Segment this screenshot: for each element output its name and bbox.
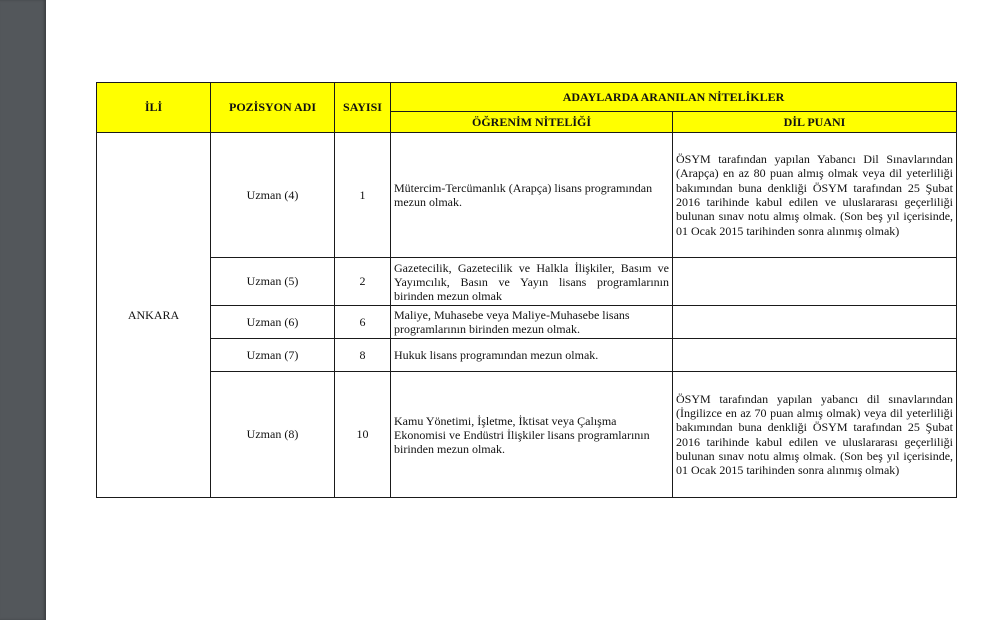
- header-ogrenim-niteligi: ÖĞRENİM NİTELİĞİ: [391, 112, 673, 133]
- pozisyon-cell: Uzman (6): [211, 306, 335, 339]
- viewer-sidebar: [0, 0, 46, 620]
- table-row: Uzman (5) 2 Gazetecilik, Gazetecilik ve …: [97, 258, 957, 306]
- table-row: Uzman (8) 10 Kamu Yönetimi, İşletme, İkt…: [97, 372, 957, 498]
- dil-puani-cell: ÖSYM tarafından yapılan yabancı dil sına…: [673, 372, 957, 498]
- ogrenim-cell: Maliye, Muhasebe veya Maliye-Muhasebe li…: [391, 306, 673, 339]
- pozisyon-cell: Uzman (8): [211, 372, 335, 498]
- header-dil-puani: DİL PUANI: [673, 112, 957, 133]
- sayisi-cell: 10: [335, 372, 391, 498]
- sayisi-cell: 6: [335, 306, 391, 339]
- dil-puani-cell: [673, 306, 957, 339]
- pozisyon-cell: Uzman (4): [211, 133, 335, 258]
- sayisi-cell: 2: [335, 258, 391, 306]
- sayisi-cell: 1: [335, 133, 391, 258]
- pozisyon-cell: Uzman (7): [211, 339, 335, 372]
- pozisyon-cell: Uzman (5): [211, 258, 335, 306]
- ogrenim-cell: Mütercim-Tercümanlık (Arapça) lisans pro…: [391, 133, 673, 258]
- header-nitelikler: ADAYLARDA ARANILAN NİTELİKLER: [391, 83, 957, 112]
- sayisi-cell: 8: [335, 339, 391, 372]
- ogrenim-cell: Hukuk lisans programından mezun olmak.: [391, 339, 673, 372]
- il-cell: ANKARA: [97, 133, 211, 498]
- ogrenim-cell: Kamu Yönetimi, İşletme, İktisat veya Çal…: [391, 372, 673, 498]
- table-row: ANKARA Uzman (4) 1 Mütercim-Tercümanlık …: [97, 133, 957, 258]
- table-row: Uzman (6) 6 Maliye, Muhasebe veya Maliye…: [97, 306, 957, 339]
- header-il: İLİ: [97, 83, 211, 133]
- dil-puani-cell: [673, 258, 957, 306]
- dil-puani-cell: [673, 339, 957, 372]
- ogrenim-cell: Gazetecilik, Gazetecilik ve Halkla İlişk…: [391, 258, 673, 306]
- table-row: Uzman (7) 8 Hukuk lisans programından me…: [97, 339, 957, 372]
- qualifications-table: İLİ POZİSYON ADI SAYISI ADAYLARDA ARANIL…: [96, 82, 957, 498]
- dil-puani-cell: ÖSYM tarafından yapılan Yabancı Dil Sına…: [673, 133, 957, 258]
- header-sayisi: SAYISI: [335, 83, 391, 133]
- header-pozisyon-adi: POZİSYON ADI: [211, 83, 335, 133]
